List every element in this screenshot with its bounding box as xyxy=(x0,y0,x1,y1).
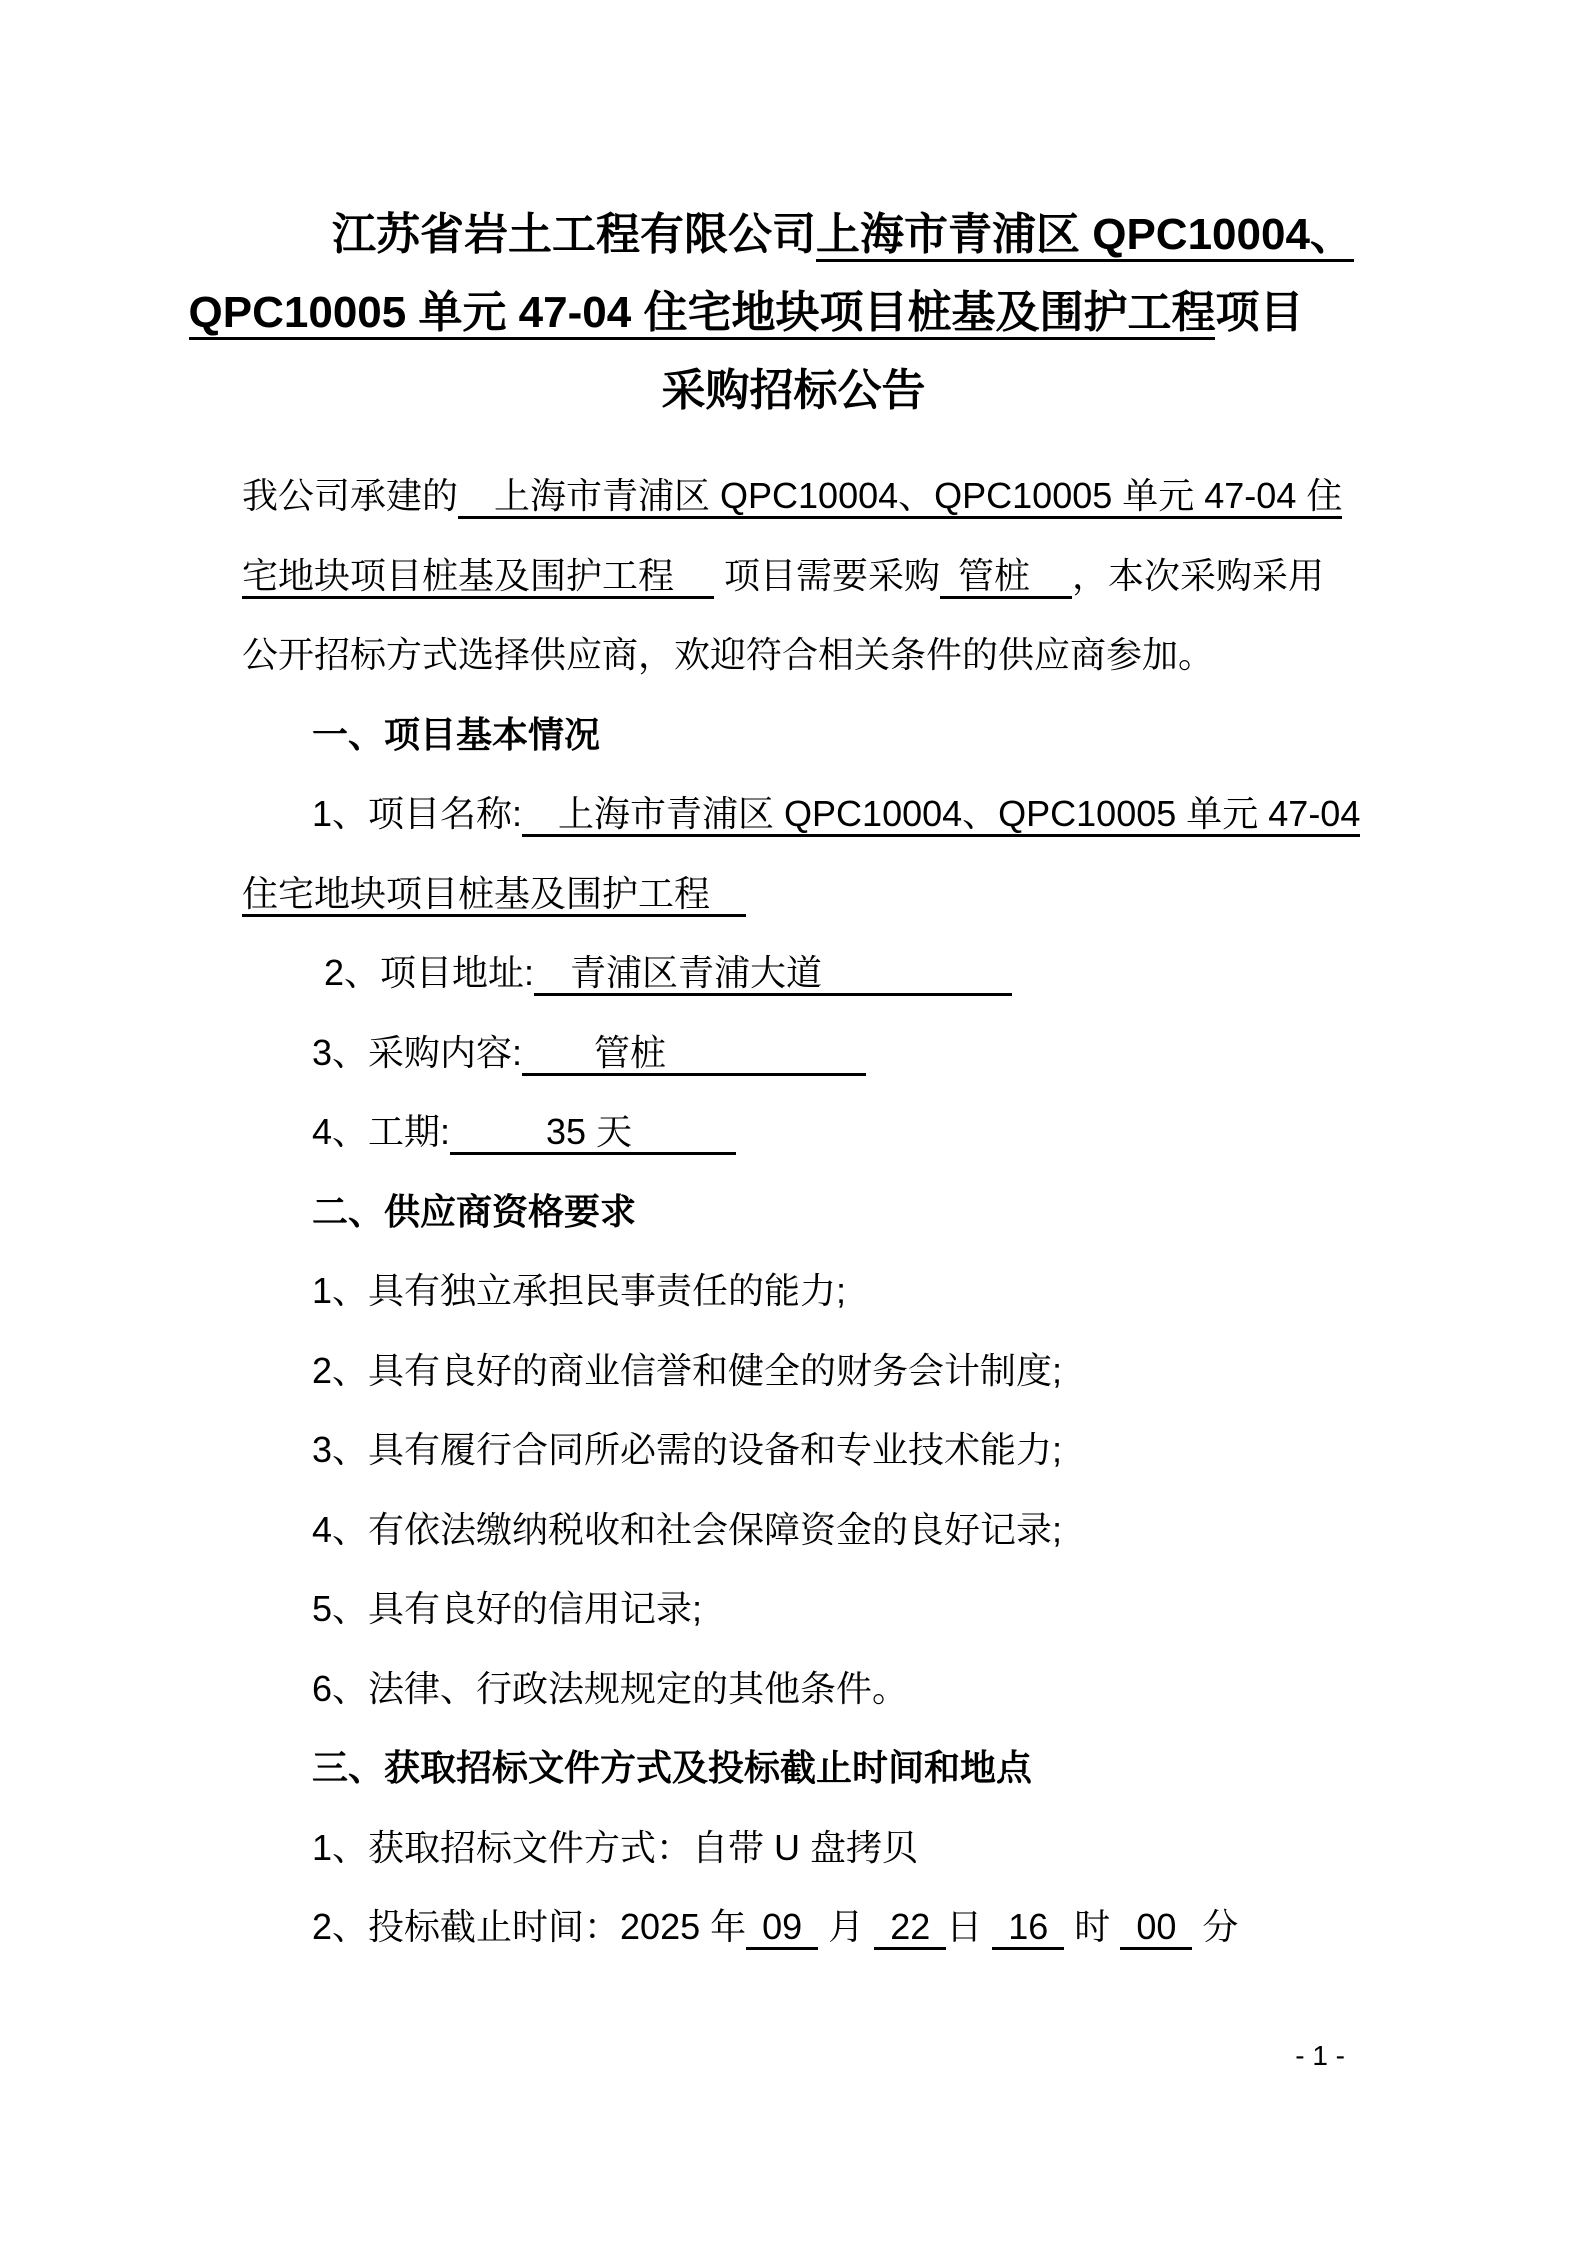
document-content: 江苏省岩土工程有限公司上海市青浦区 QPC10004、QPC10005 单元 4… xyxy=(242,0,1345,1967)
document-title: 江苏省岩土工程有限公司上海市青浦区 QPC10004、QPC10005 单元 4… xyxy=(242,0,1345,430)
item-qualification-3: 3、具有履行合同所必需的设备和专业技术能力; xyxy=(242,1410,1345,1490)
title-line-2: QPC10005 单元 47-04 住宅地块项目桩基及围护工程项目 xyxy=(147,274,1345,352)
text-segment: 我公司承建的 xyxy=(242,475,458,516)
item-project-address: 2、项目地址: 青浦区青浦大道 xyxy=(242,933,1345,1013)
text-segment: 3、采购内容: xyxy=(312,1032,522,1073)
title-line-3: 采购招标公告 xyxy=(242,352,1345,430)
text-segment: 4、工期: xyxy=(312,1111,450,1152)
page-number: - 1 - xyxy=(1295,2040,1345,2072)
text-segment: 分 xyxy=(1192,1906,1238,1947)
document-page: 江苏省岩土工程有限公司上海市青浦区 QPC10004、QPC10005 单元 4… xyxy=(0,0,1587,2245)
title-body-spacer xyxy=(242,430,1345,456)
item-procurement-content: 3、采购内容: 管桩 xyxy=(242,1013,1345,1093)
text-segment: 月 xyxy=(818,1906,874,1947)
item-project-name-line-1: 1、项目名称: 上海市青浦区 QPC10004、QPC10005 单元 47-0… xyxy=(242,774,1345,854)
text-segment: 二、供应商资格要求 xyxy=(312,1191,636,1232)
underline-segment: 09 xyxy=(746,1906,818,1950)
underline-segment: 16 xyxy=(992,1906,1064,1950)
text-segment: 江苏省岩土工程有限公司 xyxy=(332,210,816,259)
text-segment: 项目需要采购 xyxy=(714,555,940,596)
item-duration: 4、工期:35 天 xyxy=(242,1092,1345,1172)
item-qualification-6: 6、法律、行政法规规定的其他条件。 xyxy=(242,1649,1345,1729)
text-segment: 一、项目基本情况 xyxy=(312,714,600,755)
text-segment: 1、获取招标文件方式：自带 U 盘拷贝 xyxy=(312,1827,918,1868)
item-qualification-1: 1、具有独立承担民事责任的能力; xyxy=(242,1251,1345,1331)
text-segment: 采购招标公告 xyxy=(662,366,926,415)
item-obtain-method: 1、获取招标文件方式：自带 U 盘拷贝 xyxy=(242,1808,1345,1888)
intro-line-2: 宅地块项目桩基及围护工程 项目需要采购管桩，本次采购采用 xyxy=(242,536,1345,616)
underline-segment: 管桩 xyxy=(522,1032,866,1076)
underline-segment: 上海市青浦区 QPC10004、QPC10005 单元 47-04 住 xyxy=(458,475,1342,519)
text-segment: 时 xyxy=(1064,1906,1120,1947)
item-qualification-5: 5、具有良好的信用记录; xyxy=(242,1569,1345,1649)
underline-segment: 35 天 xyxy=(450,1111,736,1155)
text-segment: 3、具有履行合同所必需的设备和专业技术能力; xyxy=(312,1429,1062,1470)
underline-segment: QPC10005 单元 47-04 住宅地块项目桩基及围护工程 xyxy=(189,288,1216,340)
text-segment: 三、获取招标文件方式及投标截止时间和地点 xyxy=(312,1747,1032,1788)
text-segment: 1、项目名称: xyxy=(312,793,522,834)
underline-segment: 22 xyxy=(874,1906,946,1950)
underline-segment: 宅地块项目桩基及围护工程 xyxy=(242,555,714,599)
text-segment: 2、投标截止时间：2025 年 xyxy=(312,1906,746,1947)
item-qualification-4: 4、有依法缴纳税收和社会保障资金的良好记录; xyxy=(242,1490,1345,1570)
document-body: 我公司承建的 上海市青浦区 QPC10004、QPC10005 单元 47-04… xyxy=(242,456,1345,1967)
text-segment: 公开招标方式选择供应商，欢迎符合相关条件的供应商参加。 xyxy=(242,634,1214,675)
text-segment: 日 xyxy=(946,1906,992,1947)
text-segment: ，本次采购采用 xyxy=(1072,555,1324,596)
underline-segment: 上海市青浦区 QPC10004、 xyxy=(816,210,1354,262)
item-qualification-2: 2、具有良好的商业信誉和健全的财务会计制度; xyxy=(242,1331,1345,1411)
underline-segment: 青浦区青浦大道 xyxy=(534,952,1012,996)
intro-line-1: 我公司承建的 上海市青浦区 QPC10004、QPC10005 单元 47-04… xyxy=(242,456,1345,536)
text-segment: 4、有依法缴纳税收和社会保障资金的良好记录; xyxy=(312,1509,1062,1550)
text-segment: 2、具有良好的商业信誉和健全的财务会计制度; xyxy=(312,1350,1062,1391)
item-project-name-line-2: 住宅地块项目桩基及围护工程 xyxy=(242,854,1345,934)
underline-segment: 00 xyxy=(1120,1906,1192,1950)
text-segment: 1、具有独立承担民事责任的能力; xyxy=(312,1270,846,1311)
underline-segment: 住宅地块项目桩基及围护工程 xyxy=(242,873,746,917)
text-segment: 项目 xyxy=(1215,288,1303,337)
title-line-1: 江苏省岩土工程有限公司上海市青浦区 QPC10004、 xyxy=(332,196,1345,274)
item-deadline: 2、投标截止时间：2025 年09 月 22日 16 时 00 分 xyxy=(242,1887,1345,1967)
intro-line-3: 公开招标方式选择供应商，欢迎符合相关条件的供应商参加。 xyxy=(242,615,1345,695)
underline-segment: 管桩 xyxy=(940,555,1072,599)
section-1-heading: 一、项目基本情况 xyxy=(242,695,1345,775)
text-segment: 5、具有良好的信用记录; xyxy=(312,1588,702,1629)
text-segment: 6、法律、行政法规规定的其他条件。 xyxy=(312,1668,908,1709)
underline-segment: 上海市青浦区 QPC10004、QPC10005 单元 47-04 xyxy=(522,793,1360,837)
section-3-heading: 三、获取招标文件方式及投标截止时间和地点 xyxy=(242,1728,1345,1808)
section-2-heading: 二、供应商资格要求 xyxy=(242,1172,1345,1252)
text-segment: 2、项目地址: xyxy=(324,952,534,993)
